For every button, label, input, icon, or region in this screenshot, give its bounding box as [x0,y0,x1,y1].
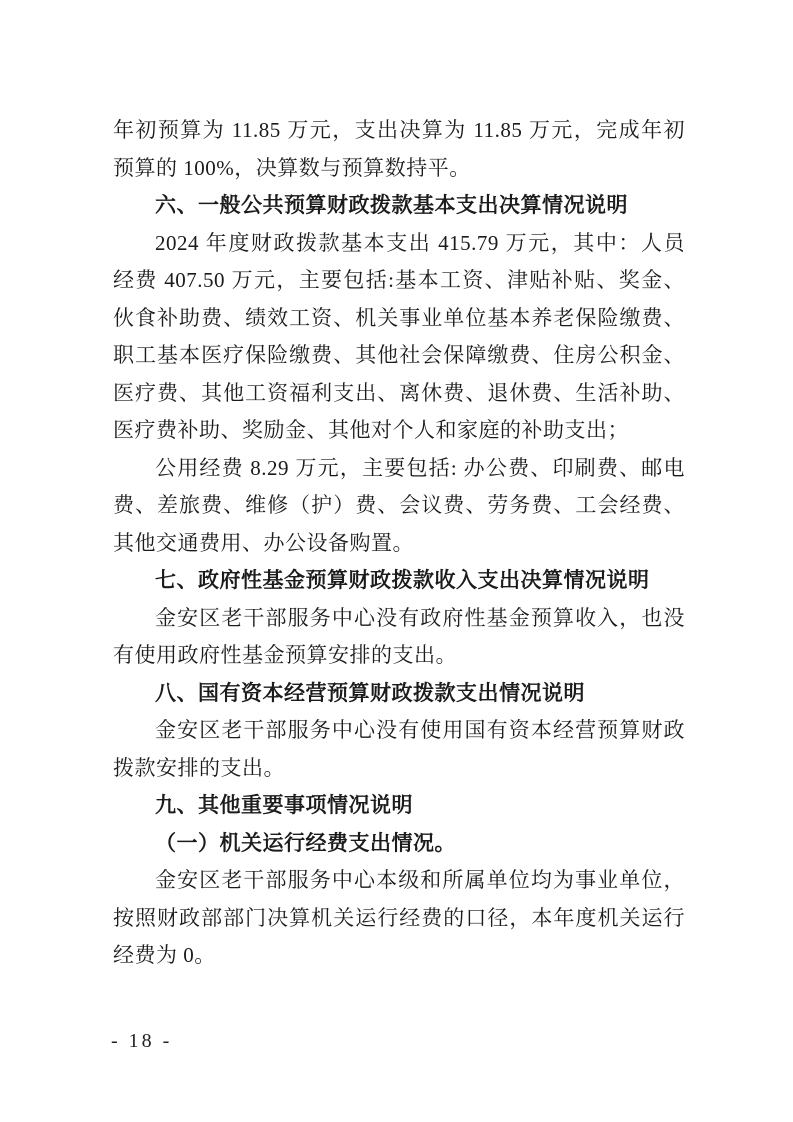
section-heading: 六、一般公共预算财政拨款基本支出决算情况说明 [113,187,685,225]
paragraph: 金安区老干部服务中心没有政府性基金预算收入，也没有使用政府性基金预算安排的支出。 [113,600,685,675]
section-heading: 七、政府性基金预算财政拨款收入支出决算情况说明 [113,562,685,600]
document-body: 年初预算为 11.85 万元，支出决算为 11.85 万元，完成年初预算的 10… [113,112,685,975]
paragraph: 金安区老干部服务中心本级和所属单位均为事业单位，按照财政部部门决算机关运行经费的… [113,862,685,975]
paragraph: 公用经费 8.29 万元，主要包括: 办公费、印刷费、邮电费、差旅费、维修（护）… [113,450,685,563]
paragraph: 金安区老干部服务中心没有使用国有资本经营预算财政拨款安排的支出。 [113,712,685,787]
paragraph: 2024 年度财政拨款基本支出 415.79 万元，其中：人员经费 407.50… [113,225,685,450]
section-heading: （一）机关运行经费支出情况。 [113,825,685,863]
page-number: - 18 - [111,1029,172,1053]
section-heading: 八、国有资本经营预算财政拨款支出情况说明 [113,675,685,713]
document-page: 年初预算为 11.85 万元，支出决算为 11.85 万元，完成年初预算的 10… [0,0,793,1122]
paragraph: 年初预算为 11.85 万元，支出决算为 11.85 万元，完成年初预算的 10… [113,112,685,187]
section-heading: 九、其他重要事项情况说明 [113,787,685,825]
